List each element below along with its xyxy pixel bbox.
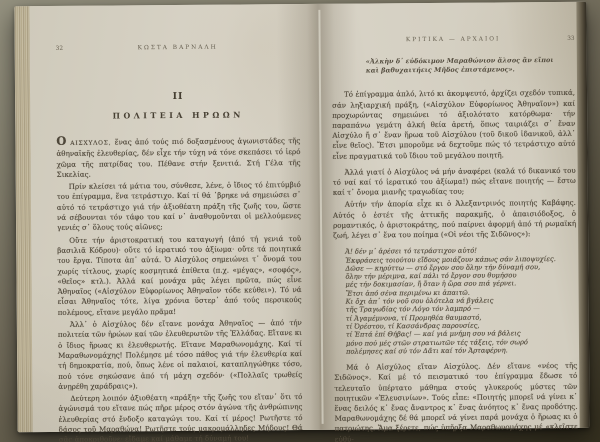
epitaph-epigraph: «Ἀλκὴν δ᾿ εὐδόκιμον Μαραθώνιον ἄλσος ἂν … [366, 56, 575, 76]
drop-cap: Ο [56, 134, 67, 148]
left-page-content: 32 ΚΩΣΤΑ ΒΑΡΝΑΛΗ II ΠΟΛΙΤΕΙΑ ΗΡΩΩΝ Ο ΑΙΣ… [56, 44, 303, 442]
paragraph: Δεύτερη λοιπόν ἀξιοθέατη «πράξη» τῆς ζωῆ… [58, 392, 302, 442]
left-page-body: Ο ΑΙΣΧΥΛΟΣ, ἕνας ἀπό τούς πιό δοξασμένου… [56, 134, 302, 442]
cavafy-poem-quote: Ἀ! δέν μ᾿ ἀρέσει τό τετράστιχον αὐτό! Ἐκ… [345, 246, 577, 356]
open-book: 32 ΚΩΣΤΑ ΒΑΡΝΑΛΗ II ΠΟΛΙΤΕΙΑ ΗΡΩΩΝ Ο ΑΙΣ… [14, 2, 589, 432]
chapter-number: II [56, 90, 300, 103]
left-page-header: 32 ΚΩΣΤΑ ΒΑΡΝΑΛΗ [56, 44, 300, 52]
paragraph: Αὐτήν τήν ἀπορία εἶχε κι ὁ Ἀλεξαντρινός … [333, 198, 576, 241]
right-page-header: ΚΡΙΤΙΚΑ — ΑΡΧΑΙΟΙ 33 [332, 36, 575, 44]
paragraph: Πρίν κλείσει τά μάτια του, σύνθεσε, λένε… [57, 180, 301, 233]
photo-backdrop: 32 ΚΩΣΤΑ ΒΑΡΝΑΛΗ II ΠΟΛΙΤΕΙΑ ΗΡΩΩΝ Ο ΑΙΣ… [0, 0, 600, 442]
right-page-body: Τό ἐπίγραμμα ἁπλό, λιτό κι ἀκομψευτό, ἀρ… [332, 88, 578, 442]
left-running-head: ΚΩΣΤΑ ΒΑΡΝΑΛΗ [74, 44, 282, 52]
lead-word: ΑΙΣΧΥΛΟΣ, [70, 140, 111, 146]
paragraph: Ἀλλ᾿ ὁ Αἰσχύλος δέν εἴτανε μονάχα Ἀθηναῖ… [58, 318, 303, 392]
paragraph: Μά ὁ Αἰσχύλος εἴταν Αἰσχύλος. Δέν εἴτανε… [334, 361, 578, 442]
paragraph: Οὔτε τήν ἀριστοκρατική του καταγωγή (ἀπό… [57, 234, 302, 318]
paragraph: Ο ΑΙΣΧΥΛΟΣ, ἕνας ἀπό τούς πιό δοξασμένου… [56, 134, 300, 180]
chapter-title: ΠΟΛΙΤΕΙΑ ΗΡΩΩΝ [56, 110, 300, 121]
page-edges-right [576, 2, 589, 428]
paragraph: Τό ἐπίγραμμα ἁπλό, λιτό κι ἀκομψευτό, ἀρ… [332, 88, 576, 161]
right-page-content: ΚΡΙΤΙΚΑ — ΑΡΧΑΙΟΙ 33 «Ἀλκὴν δ᾿ εὐδόκιμον… [332, 36, 578, 442]
left-page-number: 32 [56, 46, 74, 52]
paragraph: Ἀλλά γιατί ὁ Αἰσχύλος νά μήν ἀναφέρει (κ… [333, 166, 576, 199]
right-page-number: 33 [557, 36, 575, 42]
right-running-head: ΚΡΙΤΙΚΑ — ΑΡΧΑΙΟΙ [350, 36, 557, 44]
